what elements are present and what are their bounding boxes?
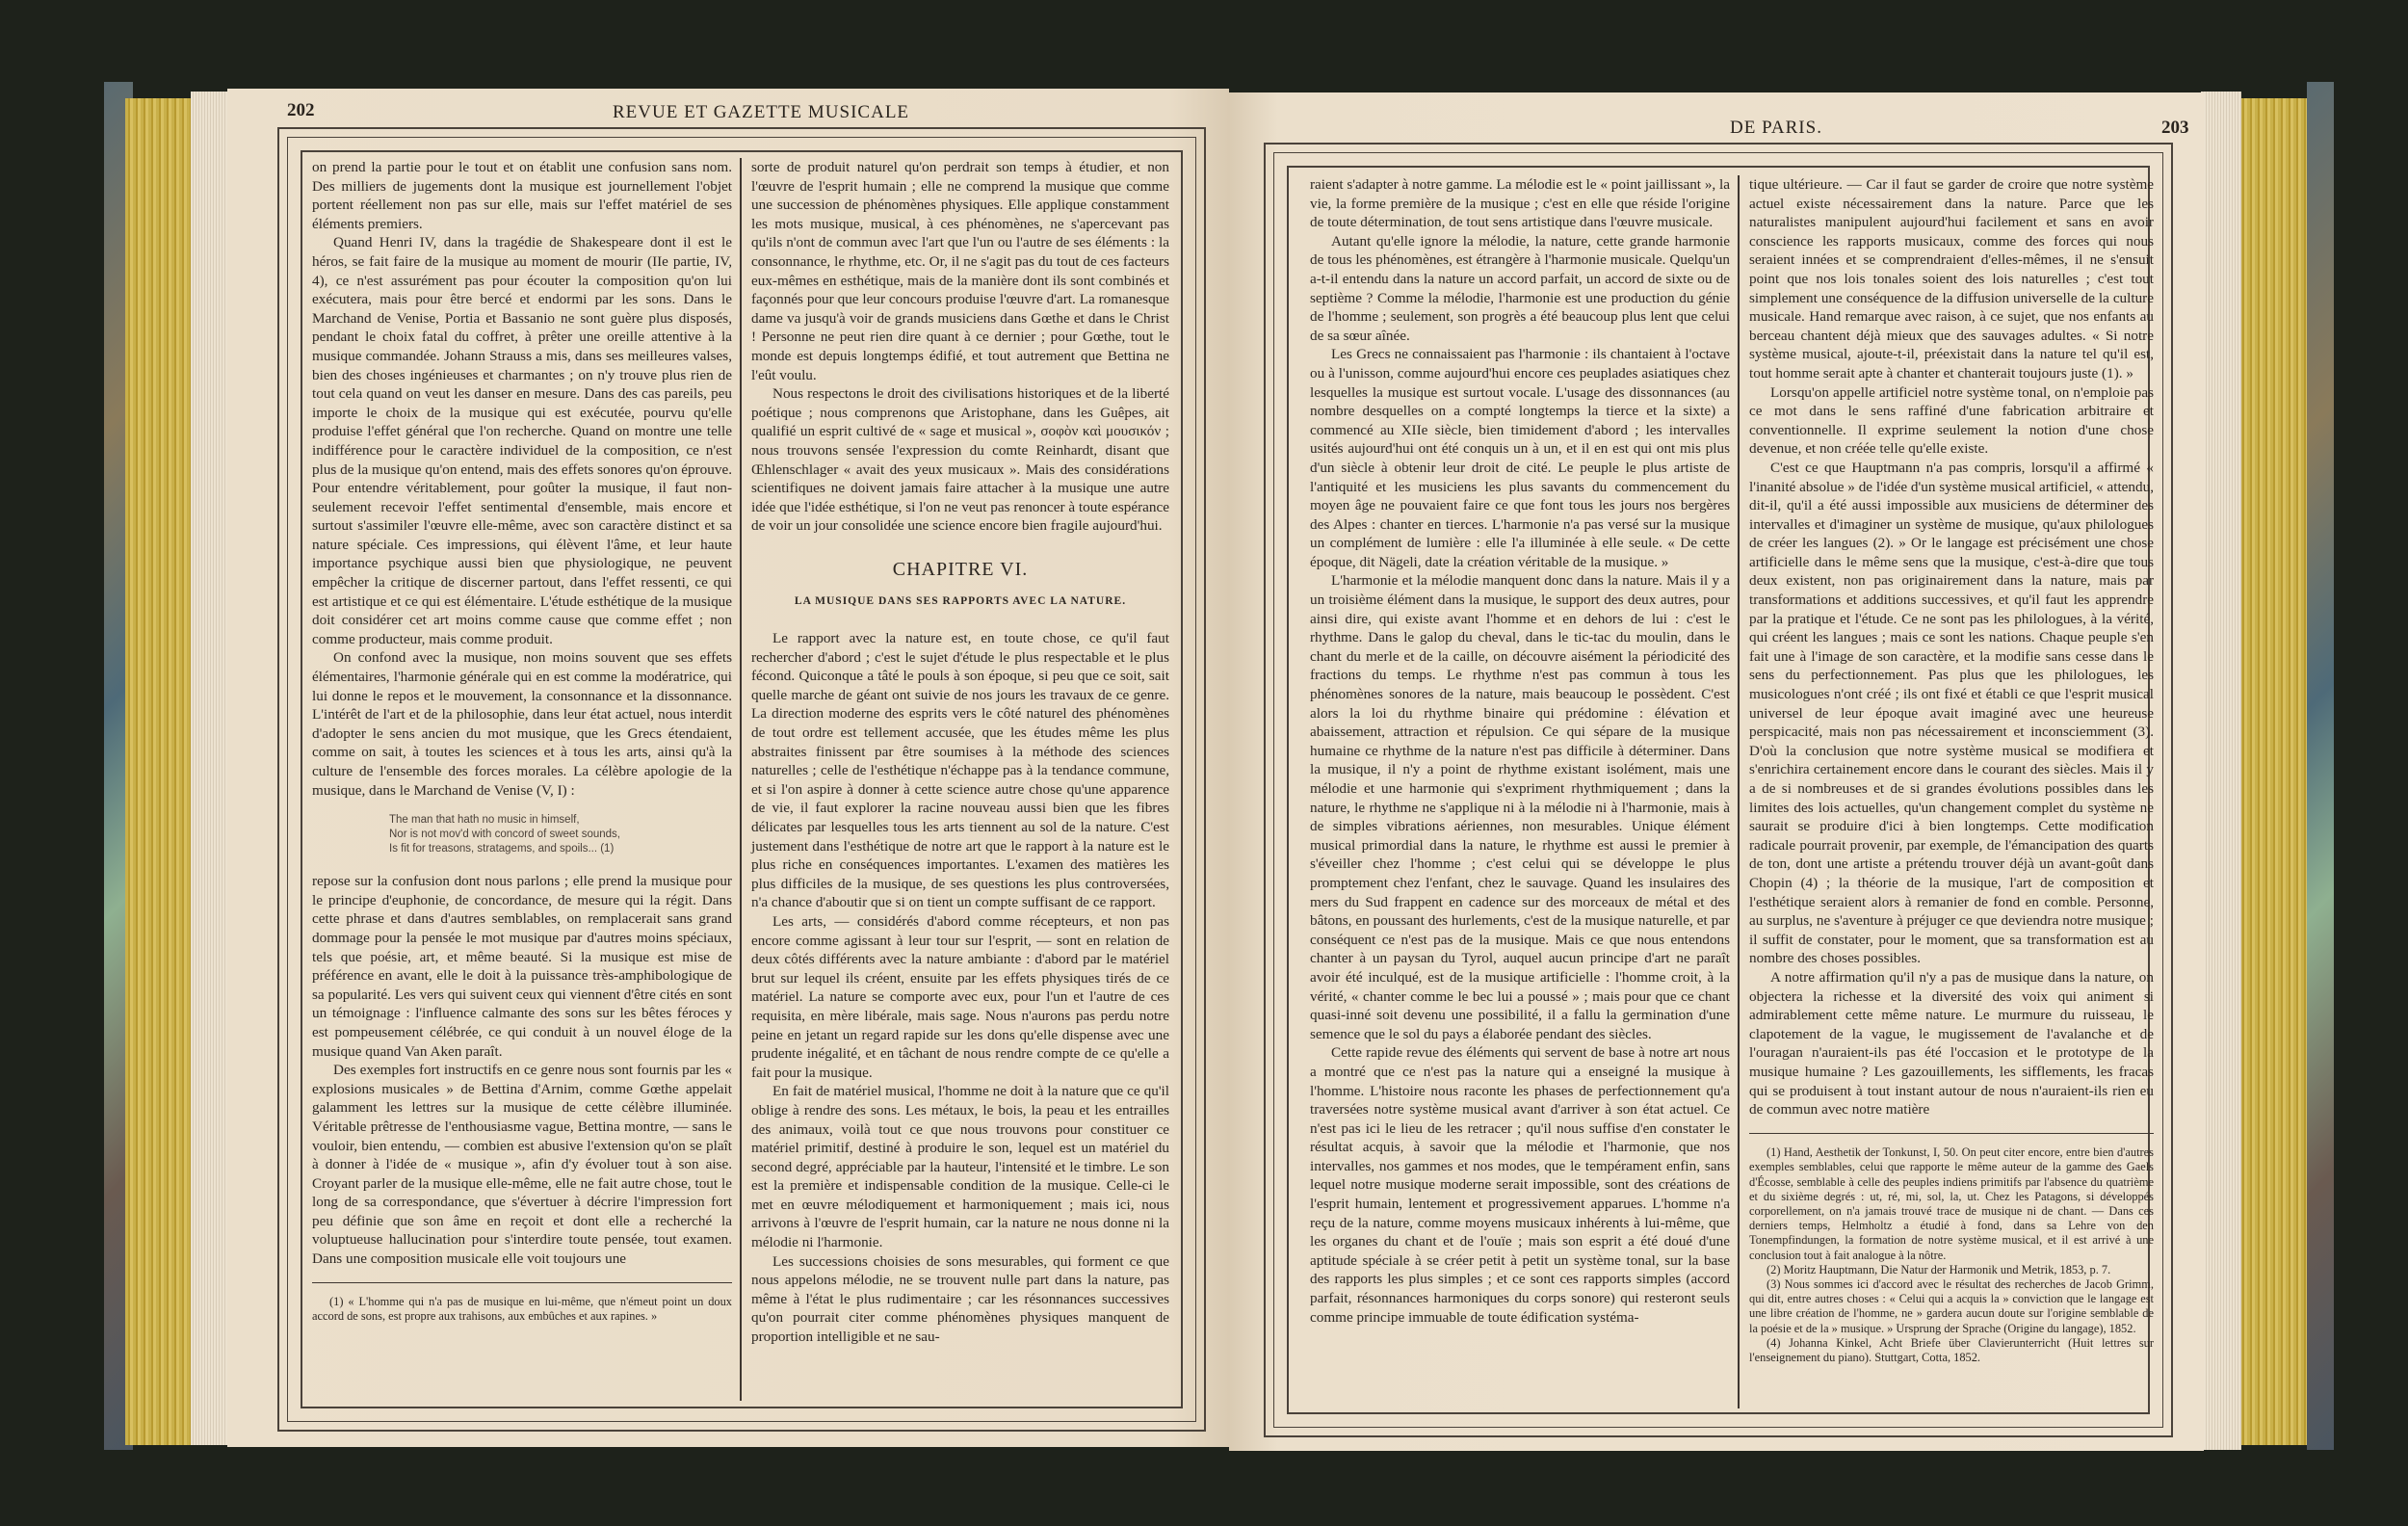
gilt-edges-right xyxy=(2239,98,2307,1445)
left-page-column-1: on prend la partie pour le tout et on ét… xyxy=(312,158,732,1325)
book-cover-right xyxy=(2307,82,2334,1450)
footnote: (1) « L'homme qui n'a pas de musique en … xyxy=(312,1295,732,1324)
verse-line: Is fit for treasons, stratagems, and spo… xyxy=(389,842,732,856)
verse-line: The man that hath no music in himself, xyxy=(389,813,732,828)
paragraph: Les Grecs ne connaissaient pas l'harmoni… xyxy=(1310,345,1730,571)
page-leaves-right xyxy=(2201,92,2241,1450)
right-page: DE PARIS. 203 raient s'adapter à notre g… xyxy=(1229,92,2204,1451)
paragraph: Des exemples fort instructifs en ce genr… xyxy=(312,1061,732,1269)
footnote: (1) Hand, Aesthetik der Tonkunst, I, 50.… xyxy=(1749,1145,2154,1263)
paragraph: Les successions choisies de sons mesurab… xyxy=(751,1252,1169,1347)
paragraph: repose sur la confusion dont nous parlon… xyxy=(312,872,732,1061)
gilt-edges-left xyxy=(125,98,193,1445)
verse-line: Nor is not mov'd with concord of sweet s… xyxy=(389,828,732,842)
page-leaves-left xyxy=(191,92,229,1445)
footnote: (2) Moritz Hauptmann, Die Natur der Harm… xyxy=(1749,1263,2154,1277)
chapter-subtitle: LA MUSIQUE DANS SES RAPPORTS AVEC LA NAT… xyxy=(751,592,1169,612)
paragraph: Cette rapide revue des éléments qui serv… xyxy=(1310,1043,1730,1327)
column-rule xyxy=(1738,175,1740,1408)
paragraph: sorte de produit naturel qu'on perdrait … xyxy=(751,158,1169,384)
paragraph: L'harmonie et la mélodie manquent donc d… xyxy=(1310,571,1730,1043)
page-number-left: 202 xyxy=(287,100,315,121)
footnotes-left: (1) « L'homme qui n'a pas de musique en … xyxy=(312,1295,732,1324)
paragraph: A notre affirmation qu'il n'y a pas de m… xyxy=(1749,968,2154,1119)
page-number-right: 203 xyxy=(2161,118,2189,139)
left-page-column-2: sorte de produit naturel qu'on perdrait … xyxy=(751,158,1169,1347)
paragraph: Les arts, — considérés d'abord comme réc… xyxy=(751,912,1169,1082)
paragraph: Le rapport avec la nature est, en toute … xyxy=(751,629,1169,912)
shakespeare-verse: The man that hath no music in himself, N… xyxy=(389,813,732,856)
paragraph: Quand Henri IV, dans la tragédie de Shak… xyxy=(312,233,732,648)
column-rule xyxy=(740,158,742,1401)
running-head-left: REVUE ET GAZETTE MUSICALE xyxy=(613,102,909,123)
paragraph: C'est ce que Hauptmann n'a pas compris, … xyxy=(1749,459,2154,968)
paragraph: raient s'adapter à notre gamme. La mélod… xyxy=(1310,175,1730,232)
paragraph: tique ultérieure. — Car il faut se garde… xyxy=(1749,175,2154,383)
right-page-column-1: raient s'adapter à notre gamme. La mélod… xyxy=(1310,175,1730,1327)
left-page: 202 REVUE ET GAZETTE MUSICALE on prend l… xyxy=(227,89,1229,1447)
paragraph: on prend la partie pour le tout et on ét… xyxy=(312,158,732,233)
footnote-rule xyxy=(312,1282,732,1284)
footnotes-right: (1) Hand, Aesthetik der Tonkunst, I, 50.… xyxy=(1749,1145,2154,1365)
paragraph: En fait de matériel musical, l'homme ne … xyxy=(751,1082,1169,1251)
right-page-column-2: tique ultérieure. — Car il faut se garde… xyxy=(1749,175,2154,1365)
paragraph: Lorsqu'on appelle artificiel notre systè… xyxy=(1749,383,2154,459)
chapter-title: CHAPITRE VI. xyxy=(751,561,1169,580)
footnote: (4) Johanna Kinkel, Acht Briefe über Cla… xyxy=(1749,1336,2154,1365)
paragraph: Autant qu'elle ignore la mélodie, la nat… xyxy=(1310,232,1730,346)
footnote: (3) Nous sommes ici d'accord avec le rés… xyxy=(1749,1277,2154,1336)
paragraph: On confond avec la musique, non moins so… xyxy=(312,648,732,800)
footnote-rule xyxy=(1749,1133,2154,1135)
running-head-right: DE PARIS. xyxy=(1730,118,1822,139)
paragraph: Nous respectons le droit des civilisatio… xyxy=(751,384,1169,536)
